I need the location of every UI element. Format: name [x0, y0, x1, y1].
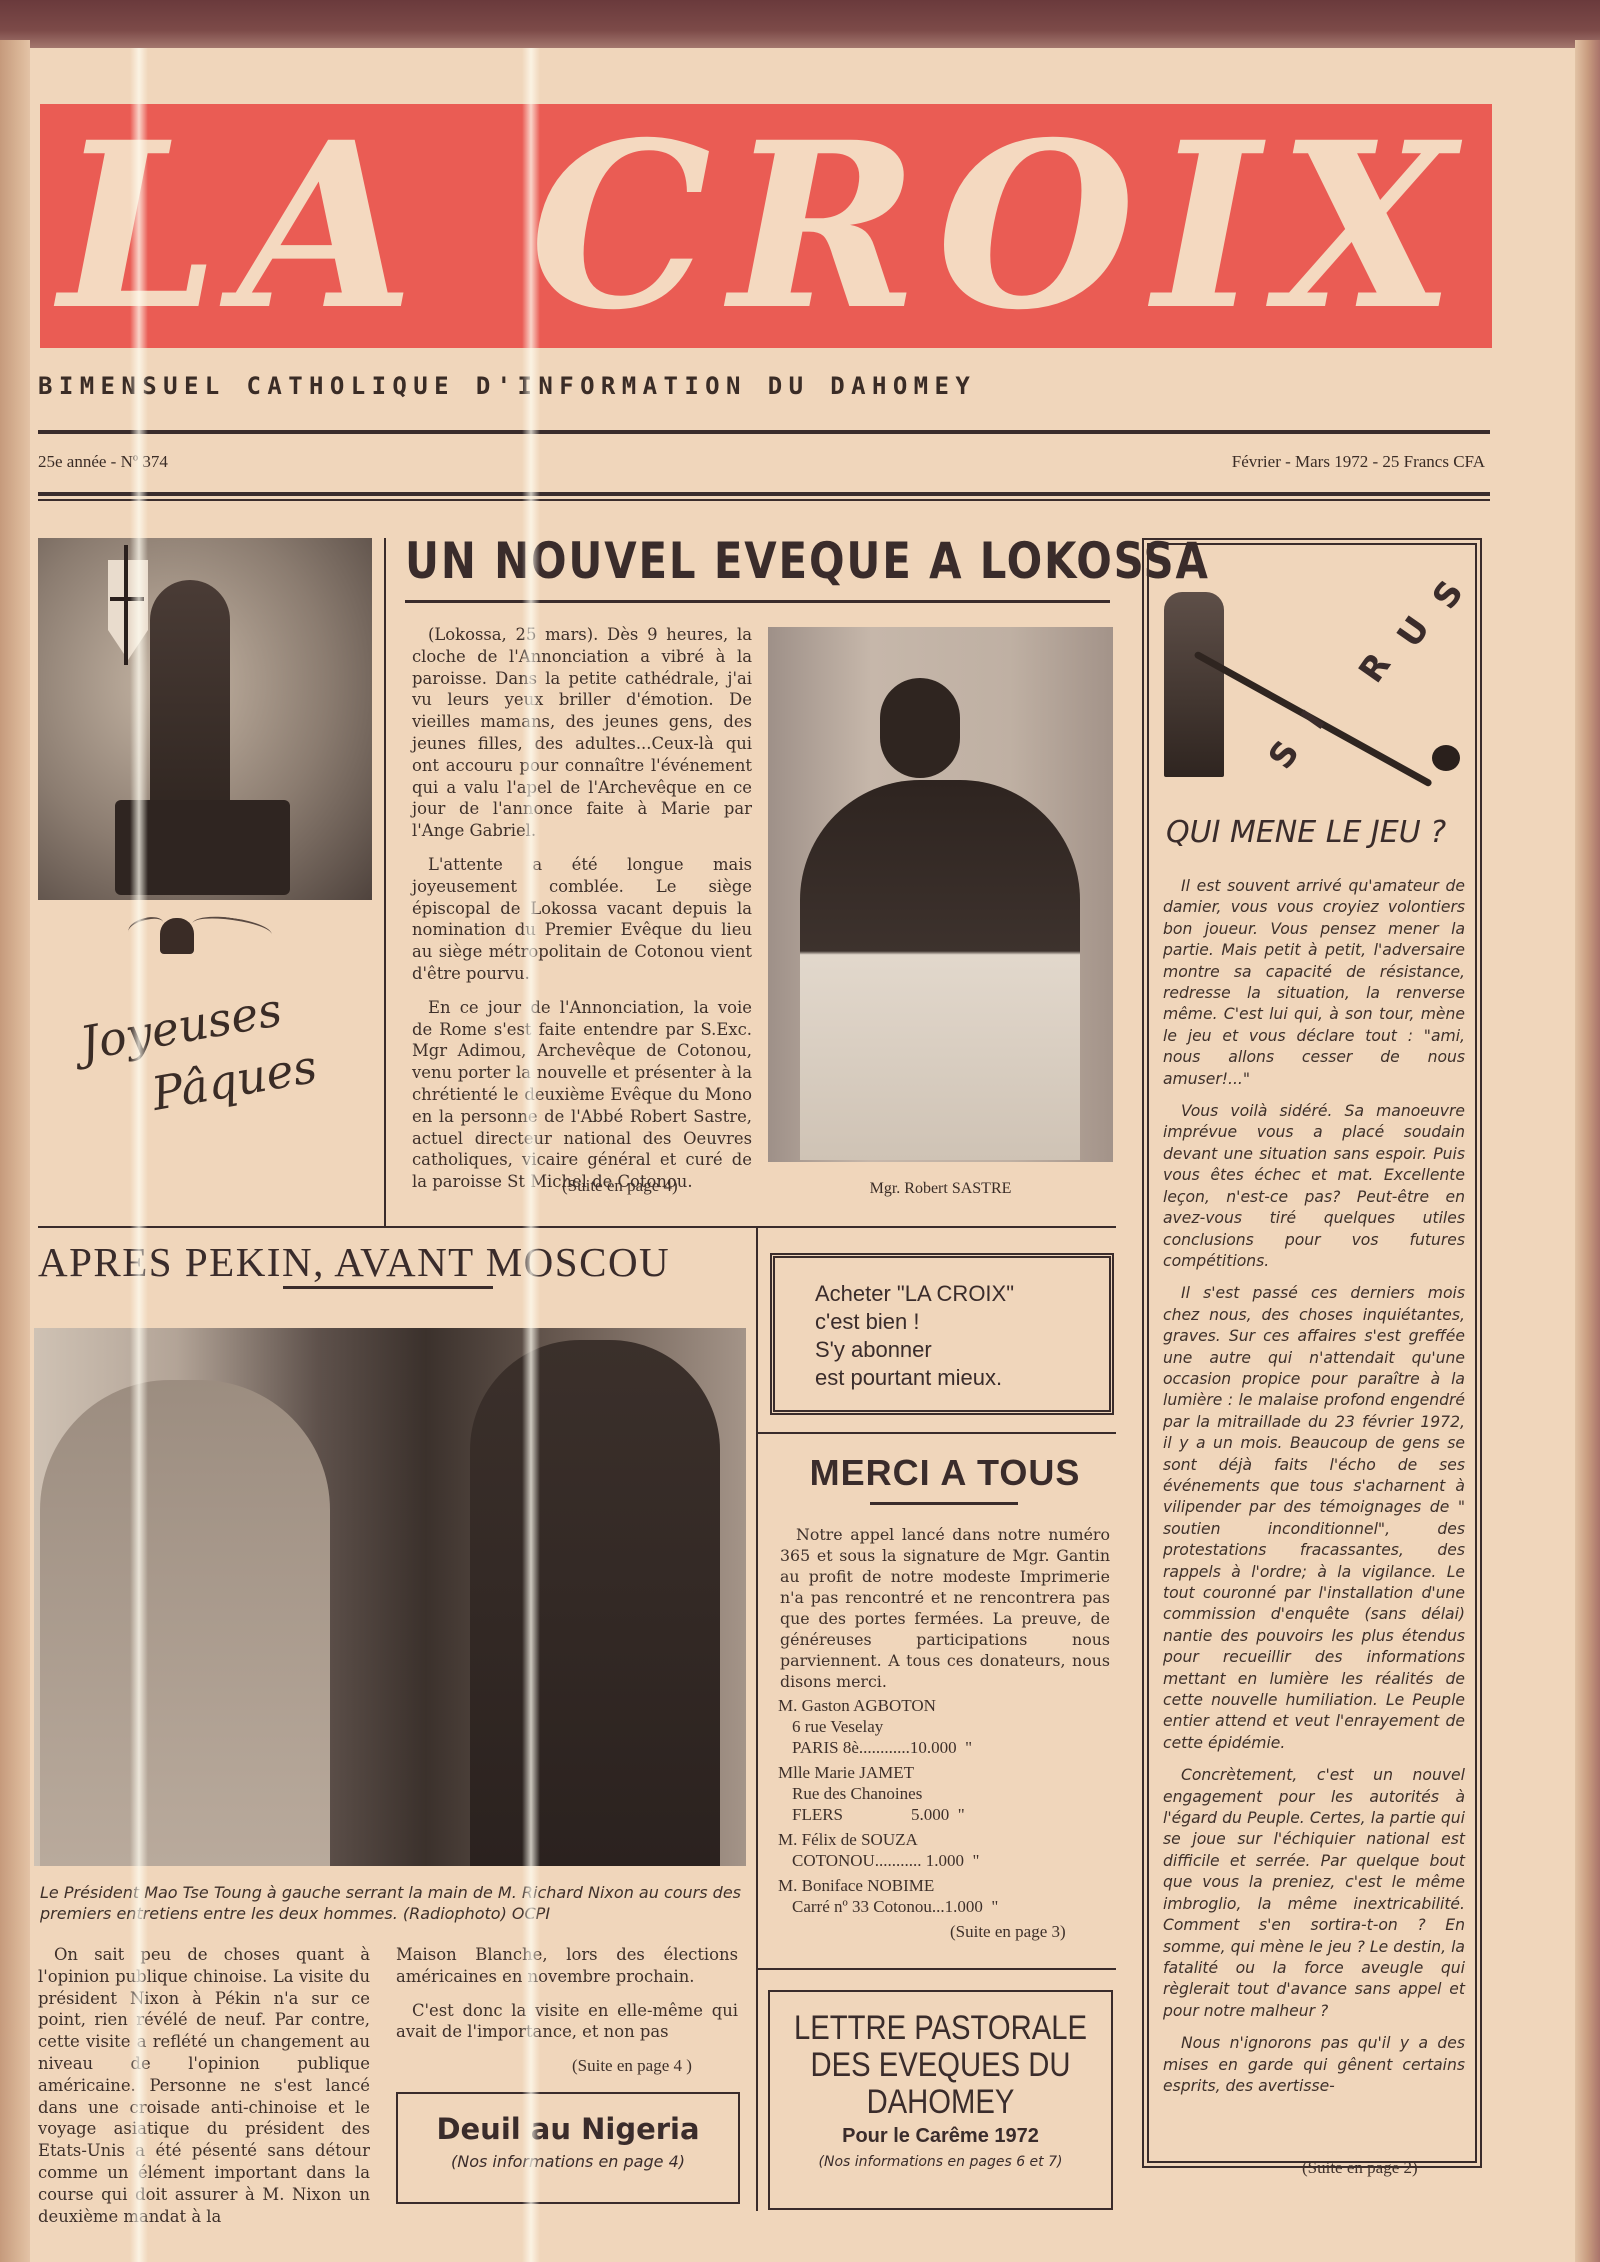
bishop-head: [880, 678, 960, 778]
editorial-paragraph: Il est souvent arrivé qu'amateur de dami…: [1163, 876, 1465, 1090]
column-divider: [756, 1226, 758, 2211]
lettre-subtitle: Pour le Carême 1972: [770, 2125, 1111, 2148]
continued-link-pekin[interactable]: (Suite en page 4 ): [572, 2056, 692, 2076]
masthead-rule-thin: [38, 499, 1490, 501]
article-paragraph: (Lokossa, 25 mars). Dès 9 heures, la clo…: [412, 624, 752, 842]
donor-detail: PARIS 8è............10.000 ": [778, 1737, 1098, 1758]
article-eveque-body: (Lokossa, 25 mars). Dès 9 heures, la clo…: [412, 624, 752, 1205]
donor-list: M. Gaston AGBOTON 6 rue Veselay PARIS 8è…: [778, 1695, 1098, 1921]
donor-detail: COTONOU........... 1.000 ": [778, 1850, 1098, 1871]
donor-detail: FLERS 5.000 ": [778, 1804, 1098, 1825]
article-paragraph: En ce jour de l'Annonciation, la voie de…: [412, 997, 752, 1193]
column-divider: [384, 538, 386, 1226]
article-paragraph: L'attente a été longue mais joyeusement …: [412, 854, 752, 985]
continued-link-merci[interactable]: (Suite en page 3): [950, 1922, 1066, 1942]
editorial-paragraph: Concrètement, c'est un nouvel engagement…: [1163, 1765, 1465, 2022]
donor-detail: Rue des Chanoines: [778, 1783, 1098, 1804]
promo-line: S'y abonner: [815, 1336, 1109, 1364]
scan-glare: [522, 48, 540, 2262]
masthead-rule-bottom: [38, 492, 1490, 496]
headline-underline: [405, 600, 1110, 603]
donor-entry: Mlle Marie JAMET Rue des Chanoines FLERS…: [778, 1762, 1098, 1825]
article-pekin-col2: Maison Blanche, lors des élections améri…: [396, 1944, 738, 2055]
lettre-title-line: DAHOMEY: [794, 2084, 1087, 2121]
continued-link-sirus[interactable]: (Suite en page 2): [1302, 2158, 1418, 2178]
deuil-note: (Nos informations en page 4): [398, 2152, 738, 2171]
masthead-title: LA CROIX: [40, 104, 1492, 348]
article-paragraph: C'est donc la visite en elle-même qui av…: [396, 2000, 738, 2044]
promo-line: est pourtant mieux.: [815, 1364, 1109, 1392]
sirus-editorial-body: Il est souvent arrivé qu'amateur de dami…: [1163, 876, 1465, 2108]
nixon-figure: [470, 1340, 720, 1866]
winged-bell-icon: [160, 918, 194, 954]
editorial-paragraph: Il s'est passé ces derniers mois chez no…: [1163, 1283, 1465, 1754]
masthead-rule-top: [38, 430, 1490, 434]
lettre-title-line: LETTRE PASTORALE: [794, 2010, 1087, 2047]
headline-underline: [870, 1502, 1018, 1505]
bishop-photo-caption: Mgr. Robert SASTRE: [768, 1180, 1113, 1198]
donor-name: M. Boniface NOBIME: [778, 1875, 1098, 1896]
promo-line: Acheter "LA CROIX": [815, 1280, 1109, 1308]
issue-date-price: Février - Mars 1972 - 25 Francs CFA: [1100, 452, 1485, 472]
section-divider: [756, 1432, 1116, 1434]
scan-glare: [130, 48, 148, 2262]
article-paragraph: On sait peu de choses quant à l'opinion …: [38, 1944, 370, 2227]
cross-icon: [124, 545, 128, 665]
binding-right-edge: [1575, 40, 1600, 2262]
donor-detail: 6 rue Veselay: [778, 1716, 1098, 1737]
subscription-promo-box: Acheter "LA CROIX" c'est bien ! S'y abon…: [770, 1253, 1114, 1415]
donor-entry: M. Boniface NOBIME Carré nº 33 Cotonou..…: [778, 1875, 1098, 1917]
donor-name: M. Gaston AGBOTON: [778, 1695, 1098, 1716]
merci-intro: Notre appel lancé dans notre numéro 365 …: [780, 1524, 1110, 1704]
donor-entry: M. Félix de SOUZA COTONOU........... 1.0…: [778, 1829, 1098, 1871]
issue-number: 25e année - Nº 374: [38, 452, 168, 472]
article-paragraph: Maison Blanche, lors des élections améri…: [396, 1944, 738, 1988]
mao-figure: [40, 1380, 330, 1866]
article-pekin-col1: On sait peu de choses quant à l'opinion …: [38, 1944, 370, 2239]
horn-player-figure: [1164, 592, 1224, 777]
lettre-pastorale-box: LETTRE PASTORALE DES EVEQUES DU DAHOMEY …: [768, 1990, 1113, 2210]
headline-nouvel-eveque: UN NOUVEL EVEQUE A LOKOSSA: [405, 532, 1065, 590]
editorial-paragraph: Vous voilà sidéré. Sa manoeuvre imprévue…: [1163, 1101, 1465, 1272]
promo-line: c'est bien !: [815, 1308, 1109, 1336]
article-paragraph: Notre appel lancé dans notre numéro 365 …: [780, 1524, 1110, 1692]
donor-name: Mlle Marie JAMET: [778, 1762, 1098, 1783]
lettre-note: (Nos informations en pages 6 et 7): [770, 2154, 1111, 2170]
section-divider: [756, 1968, 1116, 1970]
editorial-paragraph: Nous n'ignorons pas qu'il y a des mises …: [1163, 2033, 1465, 2097]
binder-top-edge: [0, 0, 1600, 50]
donor-detail: Carré nº 33 Cotonou...1.000 ": [778, 1896, 1098, 1917]
headline-qui-mene-le-jeu: QUI MENE LE JEU ?: [1166, 815, 1466, 850]
donor-name: M. Félix de SOUZA: [778, 1829, 1098, 1850]
headline-merci-a-tous: MERCI A TOUS: [775, 1452, 1115, 1494]
masthead-subtitle: BIMENSUEL CATHOLIQUE D'INFORMATION DU DA…: [38, 372, 1494, 400]
deuil-nigeria-box: Deuil au Nigeria (Nos informations en pa…: [396, 2092, 740, 2204]
headline-underline: [283, 1286, 493, 1289]
statue-figure: [150, 580, 230, 830]
lettre-title-line: DES EVEQUES DU: [794, 2047, 1087, 2084]
horn-bell-icon: [1432, 745, 1460, 771]
binding-left-edge: [0, 40, 30, 2262]
bishop-figure: [800, 780, 1080, 1160]
section-divider: [38, 1226, 1116, 1228]
donor-entry: M. Gaston AGBOTON 6 rue Veselay PARIS 8è…: [778, 1695, 1098, 1758]
deuil-title: Deuil au Nigeria: [398, 2112, 738, 2146]
continued-link-eveque[interactable]: (Suite en page 4): [562, 1176, 678, 1196]
